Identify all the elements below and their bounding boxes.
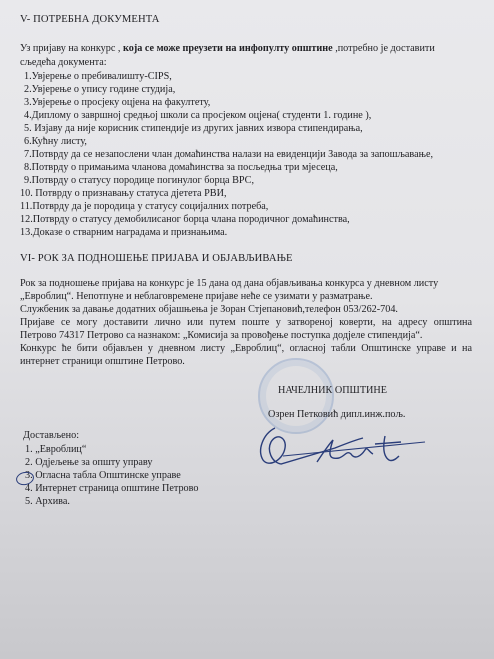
document-item: 2.Увјерење о упису године студија,	[24, 84, 175, 96]
recipient-item: 4. Интернет страница општине Петрово	[25, 483, 198, 495]
document-item: 3.Увјерење о просјеку оцјена на факултет…	[24, 97, 210, 109]
document-item: 10. Потврду о признавању статуса дјетета…	[20, 188, 227, 200]
document-page: V- ПОТРЕБНА ДОКУМЕНТА Уз пријаву на конк…	[0, 0, 494, 659]
recipient-item: 3. Огласна табла Општинске управе	[25, 470, 181, 482]
deadline-paragraph-line: „Евроблиц“. Непотпуне и неблаговремене п…	[20, 291, 373, 303]
document-item: 12.Потврду о статусу демобилисаног борца…	[20, 214, 350, 226]
document-item: 1.Увјерење о пребивалишту-CIPS,	[24, 71, 172, 83]
publication-paragraph-line: Конкурс ће бити објављен у дневном листу…	[20, 343, 472, 355]
signatory-title: НАЧЕЛНИК ОПШТИНЕ	[278, 385, 387, 397]
recipient-item: 1. „Евроблиц“	[25, 444, 86, 456]
intro-text: Уз пријаву на конкурс ,	[20, 43, 120, 54]
document-item: 9.Потврду о статусу породице погинулог б…	[24, 175, 254, 187]
section-5-intro: Уз пријаву на конкурс , која се може пре…	[20, 43, 435, 55]
document-item: 11.Потврду да је породица у статусу соци…	[20, 201, 268, 213]
submission-paragraph-line: Пријаве се могу доставити лично или путе…	[20, 317, 472, 329]
submission-paragraph-line: Петрово 74317 Петрово са назнаком: „Коми…	[20, 330, 422, 342]
recipient-item: 5. Архива.	[25, 496, 70, 508]
handwritten-signature-icon	[255, 420, 435, 480]
document-item: 5. Изјаву да није корисник стипендије из…	[24, 123, 363, 135]
section-5-intro-line2: сљедећа документа:	[20, 57, 107, 69]
document-item: 13.Доказе о стварним наградама и признањ…	[20, 227, 227, 239]
recipient-item: 2. Одјељење за општу управу	[25, 457, 152, 469]
intro-bold-text: која се може преузети на инфопулту општи…	[120, 43, 332, 54]
section-6-heading: VI- РОК ЗА ПОДНОШЕЊЕ ПРИЈАВА И ОБЈАВЉИВА…	[20, 253, 293, 265]
intro-text-end: ,потребно је доставити	[333, 43, 435, 54]
delivered-to-label: Достављено:	[23, 430, 79, 442]
document-item: 8.Потврду о примањима чланова домаћинств…	[24, 162, 338, 174]
document-item: 7.Потврду да се незапослени члан домаћин…	[24, 149, 433, 161]
publication-paragraph-line: интернет страници општине Петрово.	[20, 356, 185, 368]
contact-line: Службеник за давање додатних објашњења ј…	[20, 304, 398, 316]
document-item: 4.Диплому о завршној средњој школи са пр…	[24, 110, 371, 122]
section-5-heading: V- ПОТРЕБНА ДОКУМЕНТА	[20, 14, 160, 26]
deadline-paragraph-line: Рок за подношење пријава на конкурс је 1…	[20, 278, 438, 290]
document-item: 6.Кућну листу,	[24, 136, 87, 148]
